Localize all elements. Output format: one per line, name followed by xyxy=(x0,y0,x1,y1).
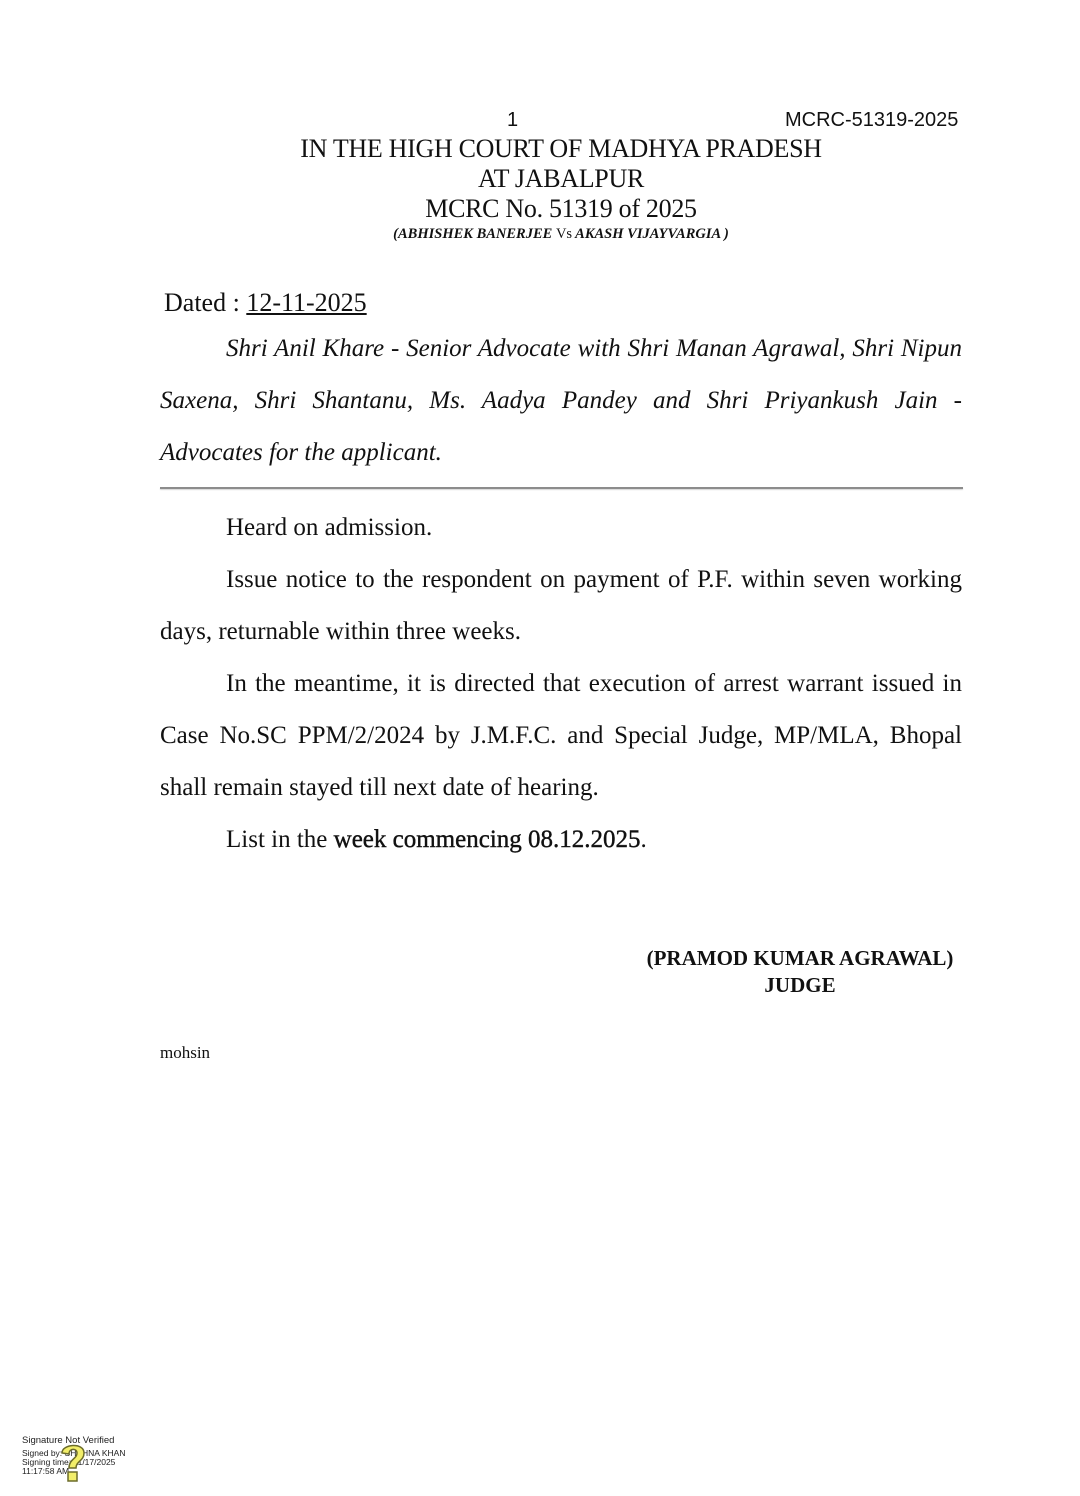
order-paragraph: Issue notice to the respondent on paymen… xyxy=(160,554,962,658)
listing-suffix: . xyxy=(641,826,647,853)
applicant-name: (ABHISHEK BANERJEE xyxy=(393,226,552,242)
order-paragraph: In the meantime, it is directed that exe… xyxy=(160,658,962,814)
bench-location: AT JABALPUR xyxy=(0,164,1080,194)
date-label: Dated : xyxy=(164,288,246,317)
date-value: 12-11-2025 xyxy=(246,288,366,317)
respondent-name: AKASH VIJAYVARGIA ) xyxy=(575,226,729,242)
judge-name: (PRAMOD KUMAR AGRAWAL) xyxy=(600,946,1000,971)
appearance-paragraph: Shri Anil Khare - Senior Advocate with S… xyxy=(160,323,962,479)
divider xyxy=(160,487,963,489)
versus-label: Vs xyxy=(556,226,572,242)
listing-prefix: List in the xyxy=(226,826,334,853)
order-paragraph-text: Issue notice to the respondent on paymen… xyxy=(160,566,962,645)
order-date: Dated : 12-11-2025 xyxy=(164,288,367,318)
court-title: IN THE HIGH COURT OF MADHYA PRADESH xyxy=(0,134,1080,164)
order-paragraph-text: Heard on admission. xyxy=(226,514,432,541)
page-number: 1 xyxy=(507,109,518,132)
judge-title: JUDGE xyxy=(600,973,1000,998)
question-mark-icon[interactable] xyxy=(56,1441,90,1485)
case-parties: (ABHISHEK BANERJEE Vs AKASH VIJAYVARGIA … xyxy=(0,226,1080,243)
order-paragraph-text: In the meantime, it is directed that exe… xyxy=(160,670,962,801)
case-number: MCRC No. 51319 of 2025 xyxy=(0,194,1080,224)
typist-initials: mohsin xyxy=(160,1043,210,1063)
appearance-text: Shri Anil Khare - Senior Advocate with S… xyxy=(160,335,962,466)
listing-date: week commencing 08.12.2025 xyxy=(334,826,641,853)
listing-paragraph: List in the week commencing 08.12.2025. xyxy=(160,814,962,866)
order-paragraph: Heard on admission. xyxy=(160,502,962,554)
case-reference: MCRC-51319-2025 xyxy=(785,109,958,132)
